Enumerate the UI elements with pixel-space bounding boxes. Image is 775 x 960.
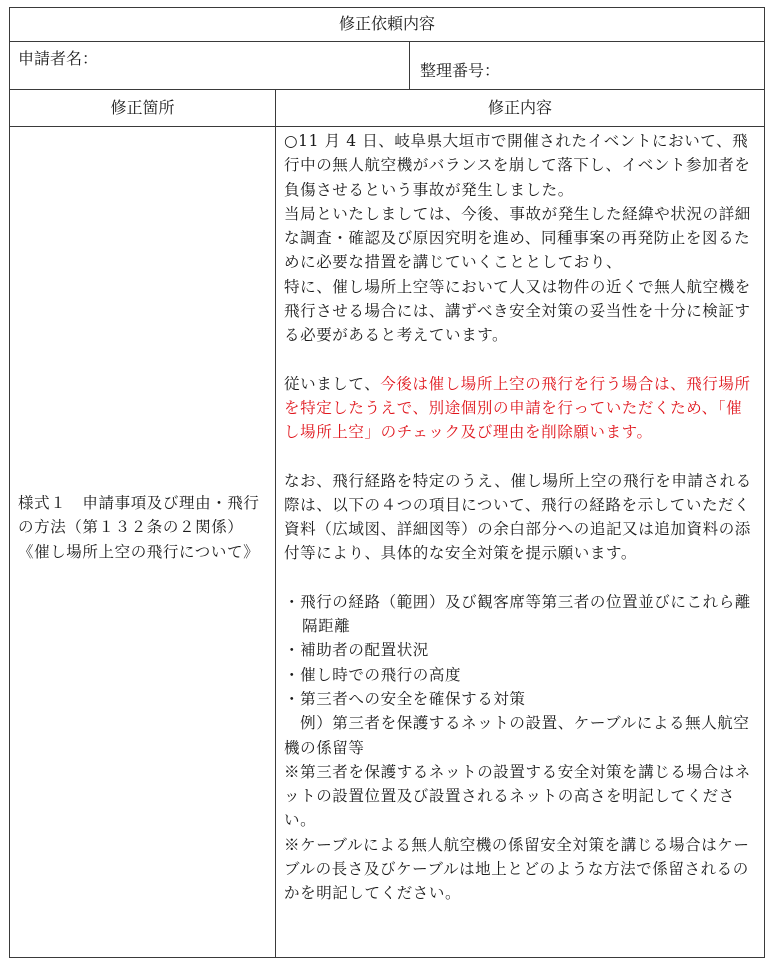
- investigation-paragraph: 当局といたしましては、今後、事故が発生した経緯や状況の詳細な調査・確認及び原因究…: [284, 202, 758, 275]
- reference-number-label: 整理番号：: [420, 61, 500, 80]
- required-item: ・飛行の経路（範囲）及び観客席等第三者の位置並びにこれら離隔距離: [284, 590, 758, 639]
- net-safety-note: ※第三者を保護するネットの設置する安全対策を講じる場合はネットの設置位置及び設置…: [284, 760, 758, 833]
- spacer: [284, 445, 758, 469]
- deletion-request-paragraph: 従いまして、今後は催し場所上空の飛行を行う場合は、飛行場所を特定したうえで、別途…: [284, 372, 758, 445]
- spacer: [284, 348, 758, 372]
- spacer: [284, 566, 758, 590]
- correction-location-text: 様式１ 申請事項及び理由・飛行の方法（第１３２条の２関係） 《催し場所上空の飛行…: [18, 491, 268, 564]
- application-guidance-paragraph: なお、飛行経路を特定のうえ、催し場所上空の飛行を申請される際は、以下の４つの項目…: [284, 469, 758, 566]
- correction-content-cell: ○11 月 4 日、岐阜県大垣市で開催されたイベントにおいて、飛行中の無人航空機…: [276, 127, 764, 957]
- required-items-list: ・飛行の経路（範囲）及び観客席等第三者の位置並びにこれら離隔距離 ・補助者の配置…: [284, 590, 758, 711]
- deletion-request-prefix: 従いまして、: [284, 375, 380, 393]
- incident-paragraph: ○11 月 4 日、岐阜県大垣市で開催されたイベントにおいて、飛行中の無人航空機…: [284, 129, 758, 202]
- safety-verification-paragraph: 特に、催し場所上空等において人又は物件の近くで無人航空機を飛行させる場合には、講…: [284, 275, 758, 348]
- required-item: ・催し時での飛行の高度: [284, 663, 758, 687]
- applicant-name-label: 申請者名：: [18, 49, 98, 68]
- form-title: 修正依頼内容: [10, 8, 764, 40]
- example-note: 例）第三者を保護するネットの設置、ケーブルによる無人航空機の係留等: [284, 711, 758, 760]
- cable-safety-note: ※ケーブルによる無人航空機の係留安全対策を講じる場合はケーブルの長さ及びケーブル…: [284, 833, 758, 906]
- required-item: ・補助者の配置状況: [284, 638, 758, 662]
- correction-request-form: 修正依頼内容 申請者名： 整理番号： 修正箇所 修正内容 様式１ 申請事項及び理…: [9, 7, 765, 958]
- applicant-name-field[interactable]: 申請者名：: [10, 42, 410, 89]
- correction-location-cell: 様式１ 申請事項及び理由・飛行の方法（第１３２条の２関係） 《催し場所上空の飛行…: [10, 127, 276, 957]
- correction-body-row: 様式１ 申請事項及び理由・飛行の方法（第１３２条の２関係） 《催し場所上空の飛行…: [10, 127, 764, 957]
- applicant-row: 申請者名： 整理番号：: [10, 42, 764, 90]
- required-item: ・第三者への安全を確保する対策: [284, 687, 758, 711]
- form-title-row: 修正依頼内容: [10, 8, 764, 42]
- column-header-content: 修正内容: [276, 90, 764, 126]
- column-header-row: 修正箇所 修正内容: [10, 90, 764, 127]
- reference-number-field[interactable]: 整理番号：: [410, 42, 764, 89]
- column-header-location: 修正箇所: [10, 90, 276, 126]
